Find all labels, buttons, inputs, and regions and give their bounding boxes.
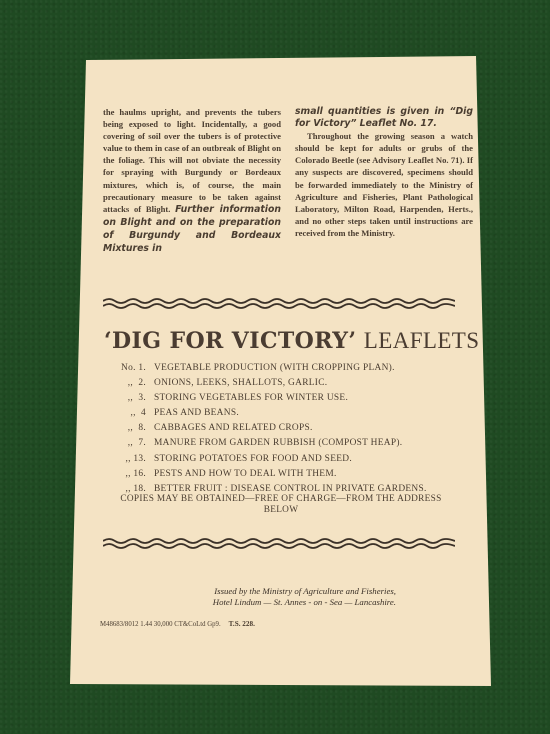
list-item: ,, 4PEAS AND BEANS. (106, 406, 466, 421)
text-columns: the haulms upright, and prevents the tub… (103, 106, 473, 255)
copies-note: COPIES MAY BE OBTAINED—FREE OF CHARGE—FR… (102, 494, 460, 515)
wavy-divider-bottom (103, 536, 455, 550)
list-item: ,, 7.MANURE FROM GARDEN RUBBISH (COMPOST… (106, 436, 466, 451)
right-italic-intro: small quantities is given in “Dig for Vi… (295, 106, 473, 130)
column-right: small quantities is given in “Dig for Vi… (295, 106, 473, 255)
list-item: ,, 8.CABBAGES AND RELATED CROPS. (106, 421, 466, 436)
right-body-text: Throughout the growing season a watch sh… (295, 130, 473, 239)
list-item: ,, 2.ONIONS, LEEKS, SHALLOTS, GARLIC. (106, 376, 466, 391)
print-code: M48683/8012 1.44 30,000 CT&CoLtd Gp9.T.S… (100, 620, 255, 628)
issued-by: Issued by the Ministry of Agriculture an… (166, 586, 396, 607)
heading-light: LEAFLETS (364, 328, 480, 353)
list-item: ,, 3.STORING VEGETABLES FOR WINTER USE. (106, 391, 466, 406)
list-item: ,, 16.PESTS AND HOW TO DEAL WITH THEM. (106, 467, 466, 482)
wavy-divider-top (103, 296, 455, 310)
left-body-text: the haulms upright, and prevents the tub… (103, 107, 281, 214)
list-item: ,, 13.STORING POTATOES FOR FOOD AND SEED… (106, 452, 466, 467)
ts-number: T.S. 228. (229, 620, 255, 628)
leaflet-content: the haulms upright, and prevents the tub… (86, 56, 482, 686)
leaflets-heading: ‘DIG FOR VICTORY’ LEAFLETS (104, 328, 474, 354)
heading-bold: ‘DIG FOR VICTORY’ (104, 328, 356, 354)
leaflet-list: No. 1.VEGETABLE PRODUCTION (WITH CROPPIN… (106, 361, 466, 497)
list-item: No. 1.VEGETABLE PRODUCTION (WITH CROPPIN… (106, 361, 466, 376)
column-left: the haulms upright, and prevents the tub… (103, 106, 281, 255)
